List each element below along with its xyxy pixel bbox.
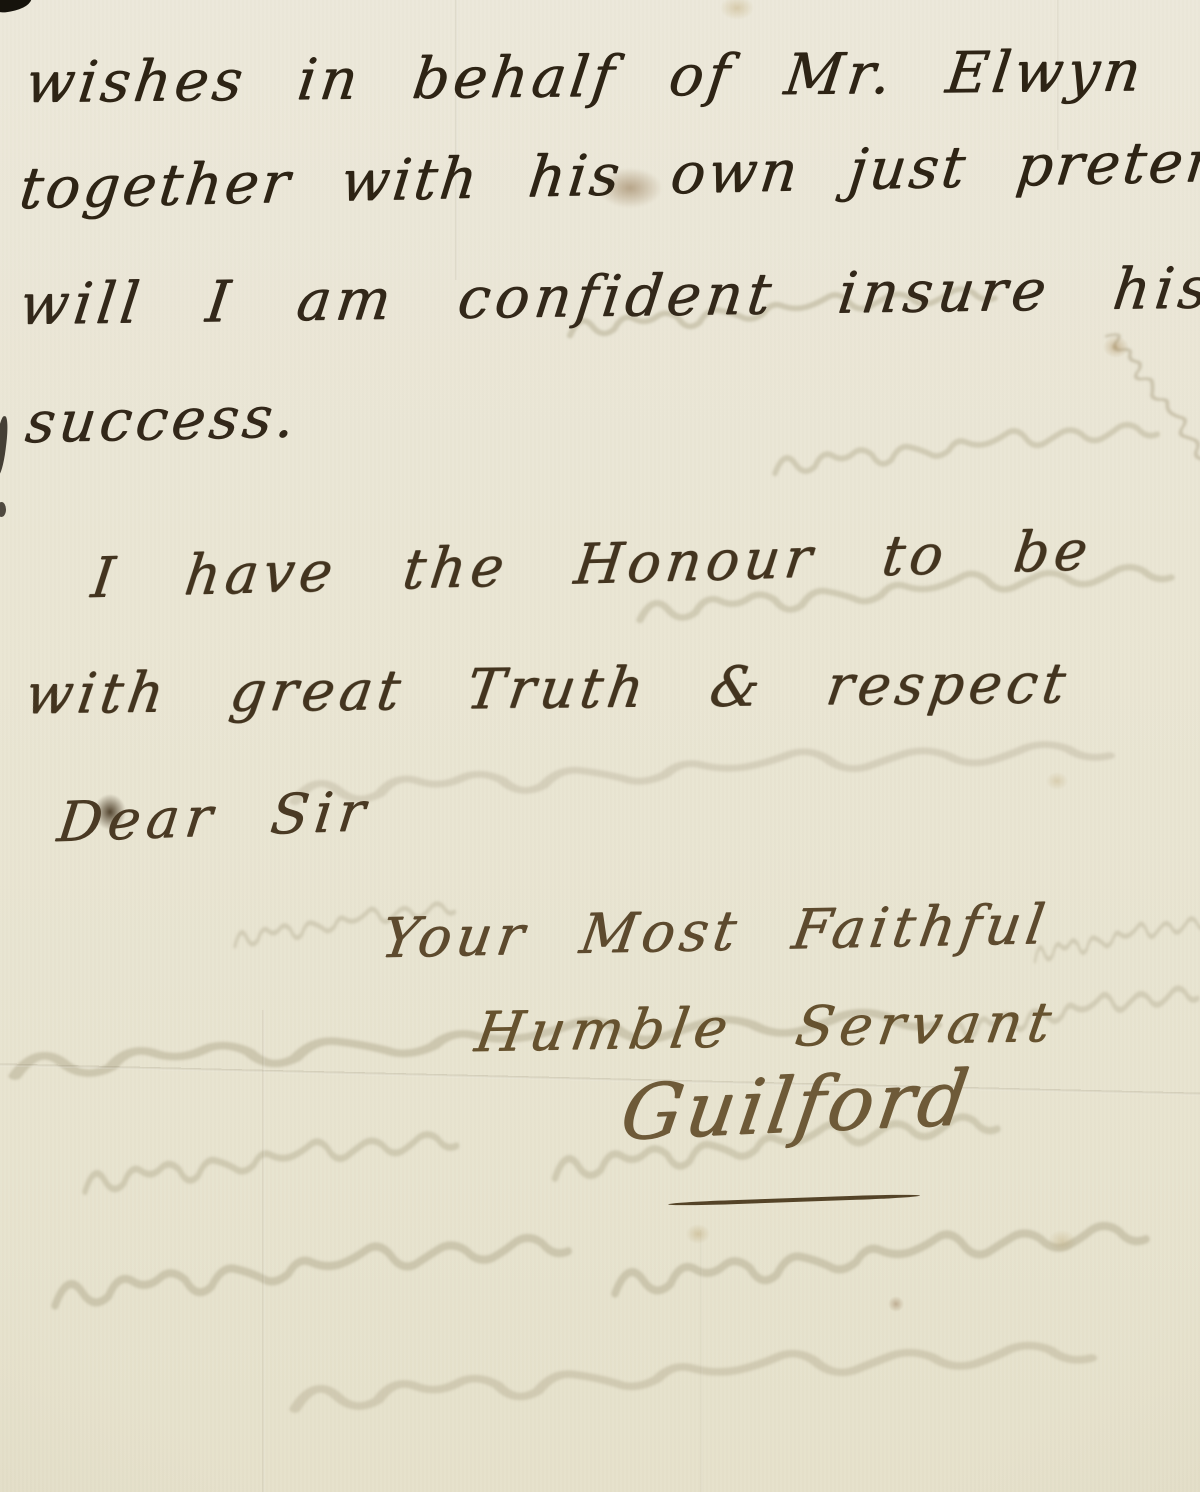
scan-edge-mark bbox=[0, 502, 6, 517]
scan-edge-mark bbox=[0, 0, 33, 14]
showthrough-line bbox=[775, 425, 1157, 474]
stain bbox=[686, 1224, 710, 1244]
showthrough-line bbox=[85, 1135, 457, 1192]
showthrough-line bbox=[295, 1346, 1092, 1409]
scan-edge-mark bbox=[0, 416, 10, 477]
handwriting-line-2: together with his own just pretensions bbox=[16, 125, 1200, 222]
paper-crease-horizontal bbox=[0, 1063, 1200, 1096]
valediction-line-1: Your Most Faithful bbox=[377, 892, 1054, 970]
closing-line-1: I have the Honour to be bbox=[88, 518, 1096, 610]
closing-line-2: with great Truth & respect bbox=[21, 651, 1074, 726]
stain bbox=[1103, 336, 1129, 358]
showthrough-line bbox=[295, 745, 1109, 802]
showthrough-line bbox=[1035, 919, 1200, 961]
paper-crease-vertical bbox=[455, 0, 458, 280]
paper-crease-vertical bbox=[262, 1010, 265, 1492]
showthrough-line bbox=[615, 1226, 1146, 1294]
handwriting-line-4: success. bbox=[22, 384, 302, 456]
letter-page: wishes in behalf of Mr. Elwyn together w… bbox=[0, 0, 1200, 1492]
showthrough-line bbox=[1107, 320, 1200, 492]
paper-crease-vertical bbox=[700, 1230, 703, 1492]
stain bbox=[888, 1296, 904, 1312]
stain bbox=[720, 0, 754, 20]
handwriting-line-3: will I am confident insure his bbox=[16, 255, 1200, 338]
salutation: Dear Sir bbox=[54, 779, 374, 854]
ink-showthrough-layer bbox=[0, 0, 1200, 1492]
handwriting-line-1: wishes in behalf of Mr. Elwyn bbox=[22, 38, 1149, 116]
signature-underline bbox=[668, 1194, 920, 1207]
stain bbox=[1048, 1230, 1076, 1252]
stain bbox=[1046, 772, 1068, 790]
signature: Guilford bbox=[615, 1052, 977, 1157]
showthrough-line bbox=[55, 1238, 568, 1306]
